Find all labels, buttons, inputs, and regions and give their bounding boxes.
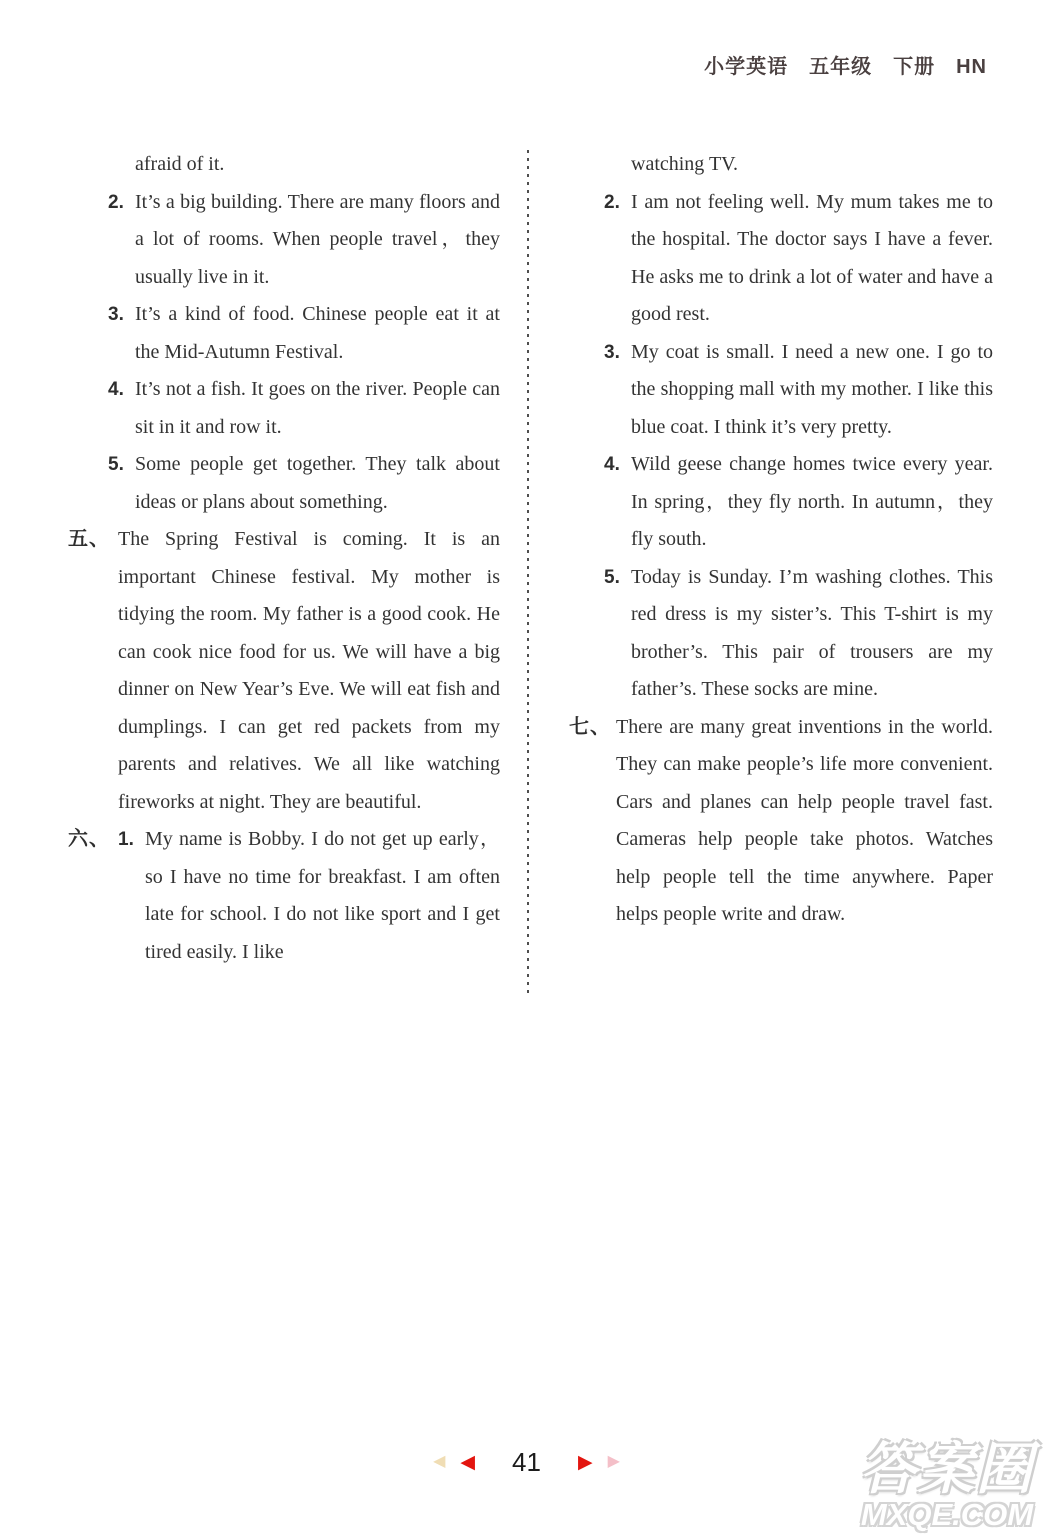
edition-label: 小学英语 五年级 下册 HN: [704, 50, 987, 79]
item-number: 3.: [108, 296, 135, 371]
page-number: 41: [512, 1447, 541, 1478]
item-text: Wild geese change homes twice every year…: [631, 446, 993, 559]
answer-section-5: 五、 The Spring Festival is coming. It is …: [68, 521, 500, 821]
prev-page-ghost-icon[interactable]: ◀: [433, 1454, 445, 1470]
item-number: 2.: [604, 184, 631, 334]
item-text: I am not feeling well. My mum takes me t…: [631, 184, 993, 334]
answer-item: 5. Today is Sunday. I’m washing clothes.…: [604, 559, 993, 709]
item-text: It’s a big building. There are many floo…: [135, 184, 500, 297]
item-text: It’s a kind of food. Chinese people eat …: [135, 296, 500, 371]
answer-item: 2. It’s a big building. There are many f…: [108, 184, 500, 297]
prev-page-icon[interactable]: ◀: [460, 1453, 475, 1472]
item-text: Some people get together. They talk abou…: [135, 446, 500, 521]
answer-section-6: 六、 1. My name is Bobby. I do not get up …: [68, 821, 500, 971]
item-number: 2.: [108, 184, 135, 297]
answer-item: 2. I am not feeling well. My mum takes m…: [604, 184, 993, 334]
item-number: 1.: [118, 821, 145, 971]
item-number: 4.: [604, 446, 631, 559]
item-number: 5.: [108, 446, 135, 521]
answer-item: 5. Some people get together. They talk a…: [108, 446, 500, 521]
section-marker: 七、: [569, 709, 616, 934]
left-column: afraid of it. 2. It’s a big building. Th…: [68, 146, 500, 971]
item-number: 5.: [604, 559, 631, 709]
answer-section-7: 七、 There are many great inventions in th…: [569, 709, 993, 934]
section-marker: 五、: [68, 521, 118, 821]
pager: ◀ ◀ 41 ▶ ▶: [0, 1442, 1053, 1482]
item-text: Today is Sunday. I’m washing clothes. Th…: [631, 559, 993, 709]
item-text: It’s not a fish. It goes on the river. P…: [135, 371, 500, 446]
answer-continuation: watching TV.: [604, 146, 993, 184]
section-text: There are many great inventions in the w…: [616, 709, 993, 934]
section-marker: 六、: [68, 821, 118, 971]
answer-item: 4. It’s not a fish. It goes on the river…: [108, 371, 500, 446]
answer-continuation: afraid of it.: [108, 146, 500, 184]
next-page-icon[interactable]: ▶: [578, 1453, 593, 1472]
answer-columns: afraid of it. 2. It’s a big building. Th…: [68, 146, 993, 971]
answer-item: 3. It’s a kind of food. Chinese people e…: [108, 296, 500, 371]
right-column: watching TV. 2. I am not feeling well. M…: [569, 146, 993, 971]
answer-item: 4. Wild geese change homes twice every y…: [604, 446, 993, 559]
item-text: My coat is small. I need a new one. I go…: [631, 334, 993, 447]
answer-item: 3. My coat is small. I need a new one. I…: [604, 334, 993, 447]
item-number: 4.: [108, 371, 135, 446]
watermark-site-url: MXQE.COM: [847, 1498, 1047, 1532]
section-text: My name is Bobby. I do not get up early，…: [145, 821, 500, 971]
section-text: The Spring Festival is coming. It is an …: [118, 521, 500, 821]
workbook-page: { "header": { "title": "小学英语 五年级 下册 HN" …: [0, 0, 1053, 1536]
next-page-ghost-icon[interactable]: ▶: [608, 1454, 620, 1470]
item-number: 3.: [604, 334, 631, 447]
